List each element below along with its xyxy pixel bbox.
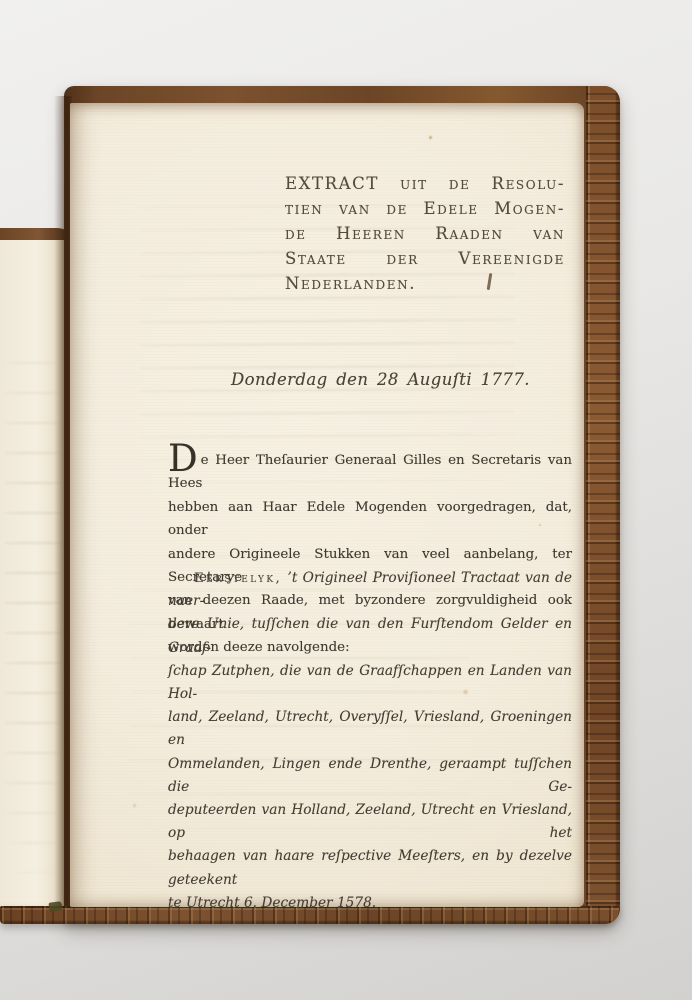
body-line: De Heer Theſaurier Generaal Gilles en Se… (168, 449, 572, 496)
resolution-line: dere Unie, tuſſchen die van den Furſtend… (168, 613, 572, 659)
book-page: EXTRACT uit de Resolu- tien van de Edele… (70, 103, 584, 907)
heading-line: Nederlanden. (285, 271, 565, 296)
resolution-line: behaagen van haare reſpective Meeſters, … (168, 845, 572, 891)
tooled-border-right (586, 86, 620, 924)
body-line: hebben aan Haar Edele Mogenden voorgedra… (168, 496, 572, 543)
foxing-spot (428, 135, 433, 140)
resolution-line: Ommelanden, Lingen ende Drenthe, geraamp… (168, 753, 572, 799)
resolution-line: ſchap Zutphen, die van de Graafſchappen … (168, 660, 572, 706)
resolution-lead-in: Eerstelyk, (194, 571, 282, 586)
dateline: Donderdag den 28 Auguſti 1777. (231, 370, 530, 389)
page-heading: EXTRACT uit de Resolu- tien van de Edele… (285, 171, 565, 296)
resolution-paragraph: Eerstelyk, ’t Origineel Proviſioneel Tra… (168, 567, 572, 915)
resolution-line: deputeerden van Holland, Zeeland, Utrech… (168, 799, 572, 845)
heading-line: EXTRACT uit de Resolu- (285, 171, 565, 196)
body-line-text: e Heer Theſaurier Generaal Gilles en Sec… (168, 453, 572, 491)
heading-line: tien van de Edele Mogen- (285, 196, 565, 221)
foxing-spot (132, 803, 137, 808)
photo-background: EXTRACT uit de Resolu- tien van de Edele… (0, 0, 692, 1000)
heading-line: Staate der Vereenigde (285, 246, 565, 271)
drop-cap: D (168, 437, 199, 480)
resolution-line: land, Zeeland, Utrecht, Overyſſel, Vries… (168, 706, 572, 752)
heading-line: de Heeren Raaden van (285, 221, 565, 246)
resolution-line: te Utrecht 6. December 1578. (168, 892, 572, 915)
resolution-line: Eerstelyk, ’t Origineel Proviſioneel Tra… (168, 567, 572, 613)
